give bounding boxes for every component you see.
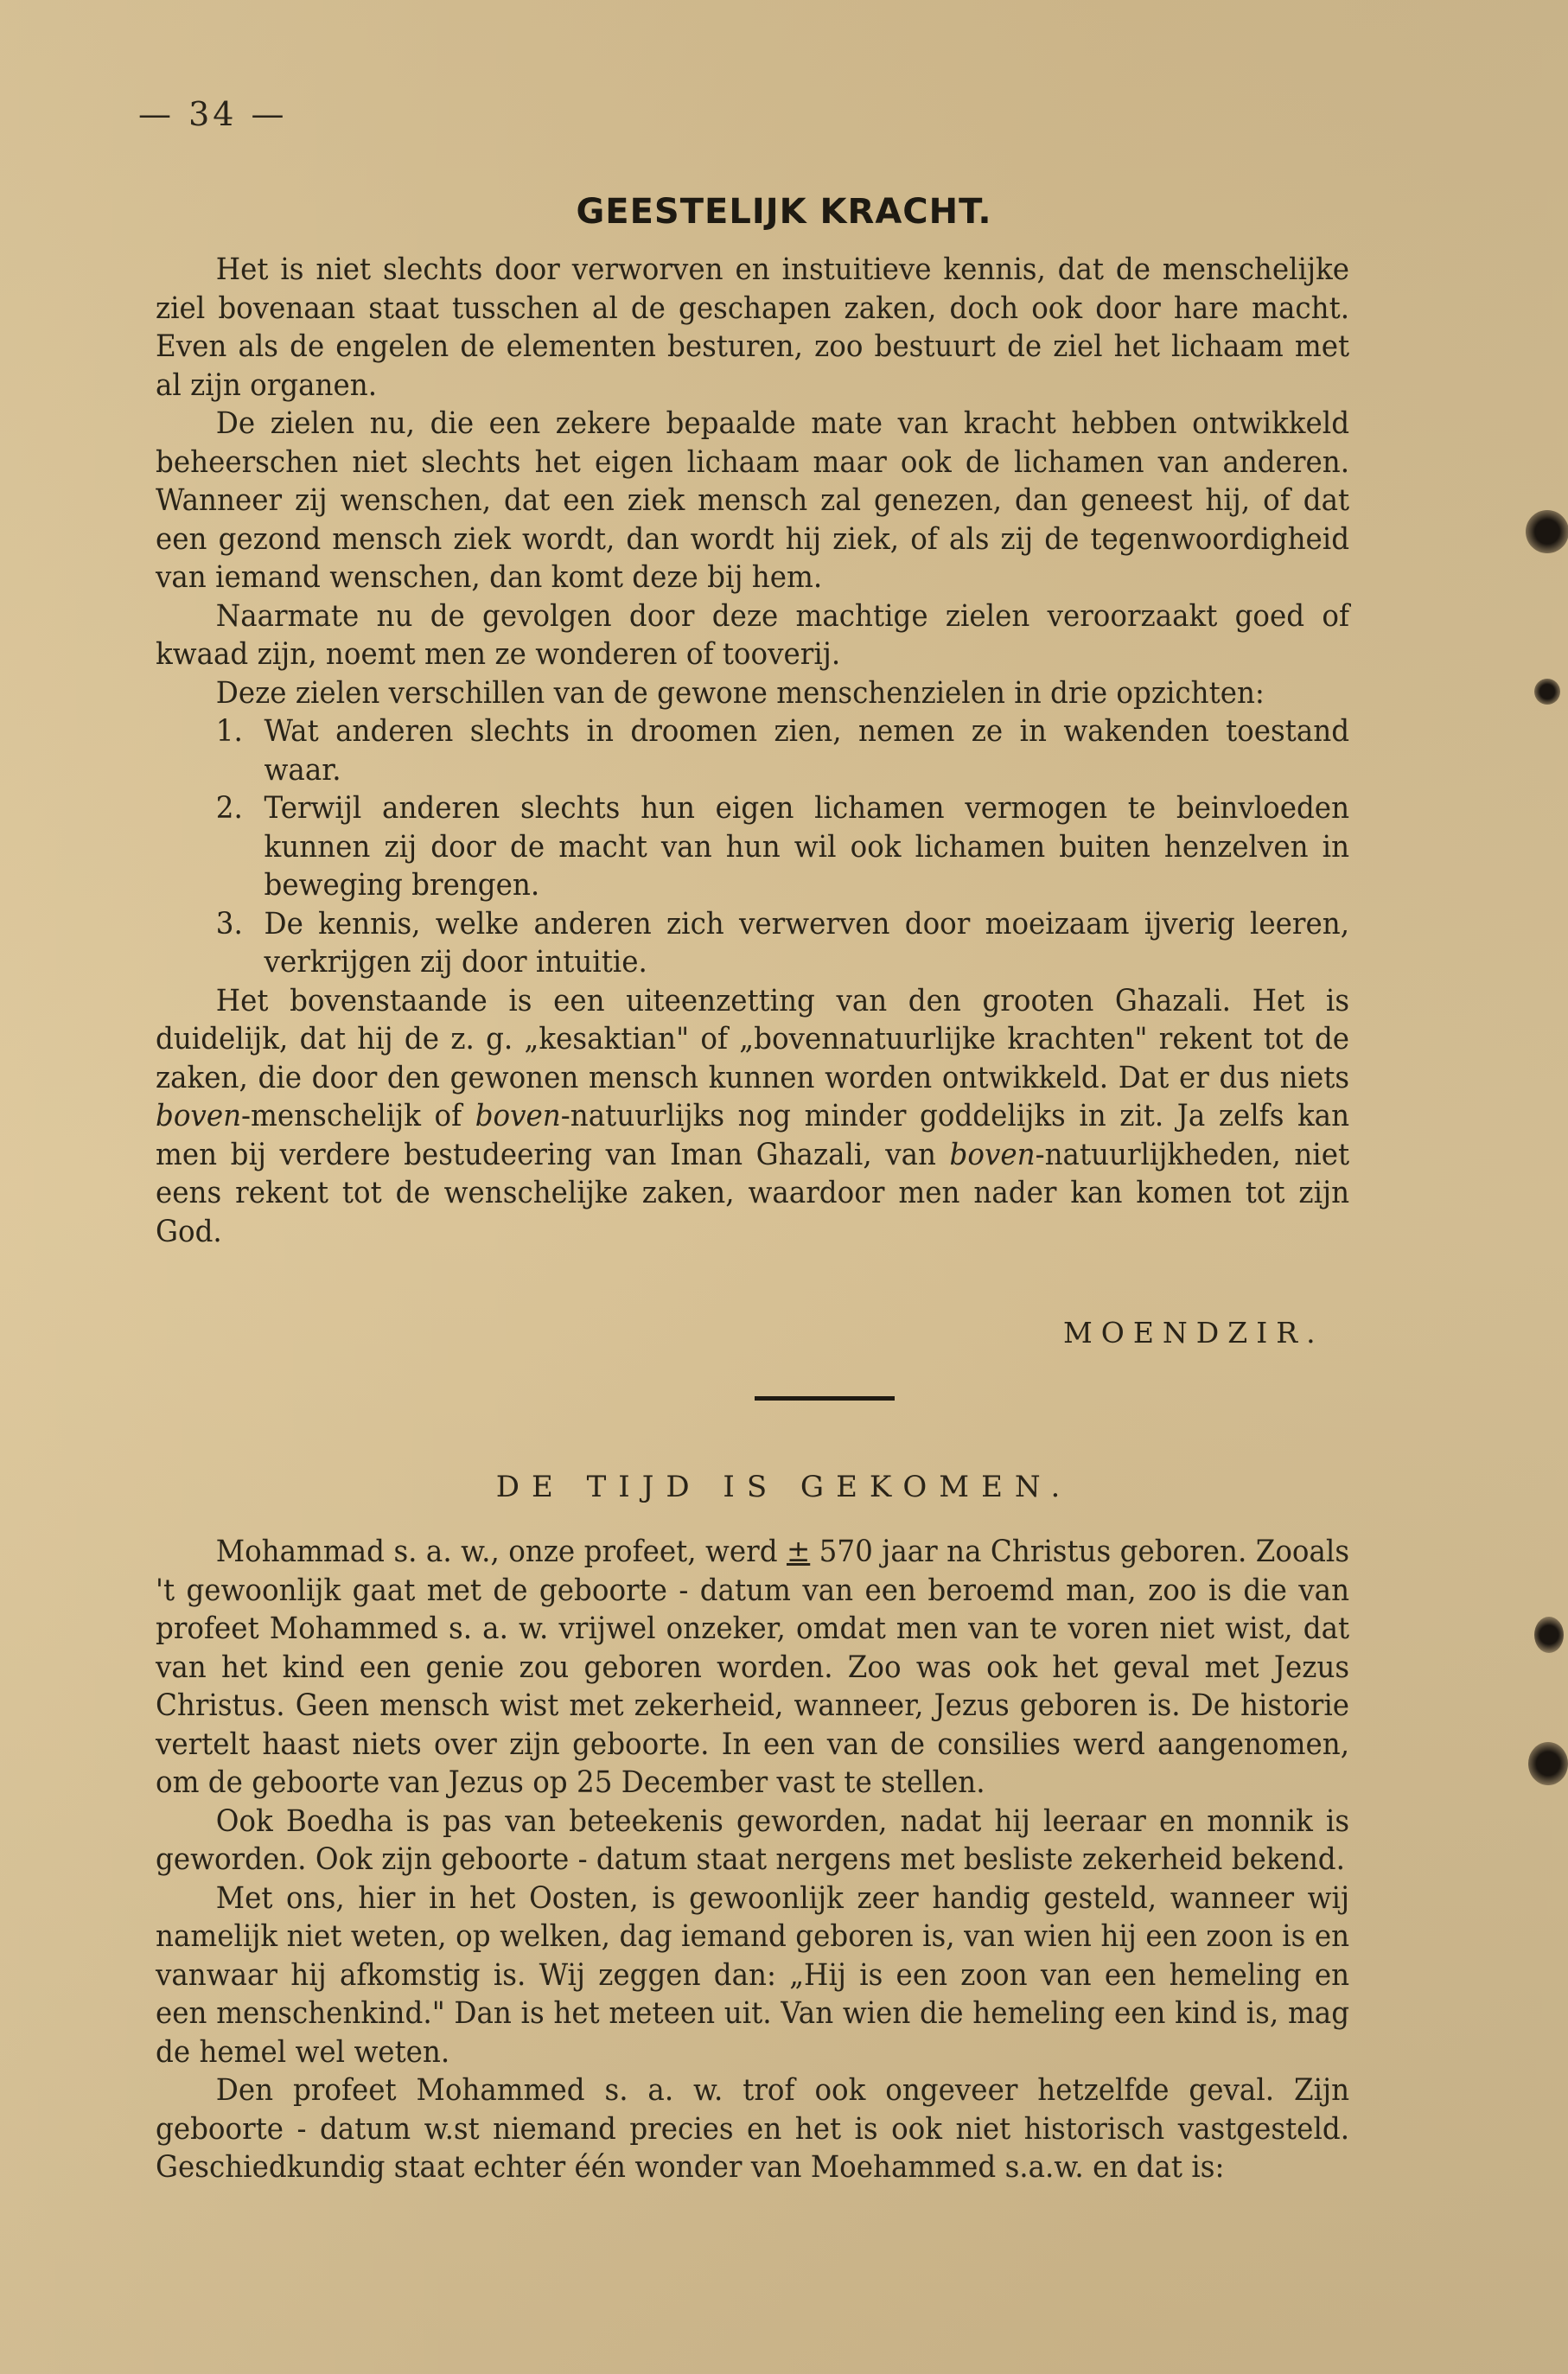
binding-hole-stain xyxy=(1534,679,1560,705)
paragraph: Deze zielen verschillen van de gewone me… xyxy=(156,674,1349,713)
paragraph-closing: Het bovenstaande is een uiteenzetting va… xyxy=(156,982,1349,1252)
text-run: -menschelijk of xyxy=(241,1099,475,1133)
signature: MOENDZIR. xyxy=(1063,1316,1324,1350)
list-text: Wat anderen slechts in droomen zien, nem… xyxy=(265,712,1350,789)
list-number: 3. xyxy=(156,905,265,982)
list-item: 1. Wat anderen slechts in droomen zien, … xyxy=(156,712,1349,789)
binding-hole-stain xyxy=(1534,1617,1564,1653)
list-number: 1. xyxy=(156,712,265,789)
text-run: Mohammad s. a. w., onze profeet, werd xyxy=(216,1535,787,1569)
paragraph: De zielen nu, die een zekere bepaalde ma… xyxy=(156,405,1349,597)
article-body-1: Het is niet slechts door verworven en in… xyxy=(156,251,1349,1251)
italic-text: boven xyxy=(156,1099,241,1133)
text-run: Het bovenstaande is een uiteenzetting va… xyxy=(156,984,1349,1095)
paragraph: Mohammad s. a. w., onze profeet, werd ± … xyxy=(156,1533,1349,1803)
text-run: 570 jaar na Christus geboren. Zooals 't … xyxy=(156,1535,1349,1800)
article-title-de-tijd-is-gekomen: DE TIJD IS GEKOMEN. xyxy=(0,1470,1568,1504)
italic-text: boven xyxy=(475,1099,561,1133)
page-number: — 34 — xyxy=(138,95,288,133)
section-divider xyxy=(755,1396,895,1401)
italic-text: boven xyxy=(950,1138,1036,1172)
paragraph: Het is niet slechts door verworven en in… xyxy=(156,251,1349,405)
list-number: 2. xyxy=(156,789,265,905)
article-body-2: Mohammad s. a. w., onze profeet, werd ± … xyxy=(156,1533,1349,2187)
paragraph: Met ons, hier in het Oosten, is gewoonli… xyxy=(156,1879,1349,2072)
article-title-geestelijk-kracht: GEESTELIJK KRACHT. xyxy=(0,192,1568,232)
paragraph: Den profeet Mohammed s. a. w. trof ook o… xyxy=(156,2071,1349,2187)
list-item: 3. De kennis, welke anderen zich verwerv… xyxy=(156,905,1349,982)
list-text: Terwijl anderen slechts hun eigen licham… xyxy=(265,789,1350,905)
plus-minus-symbol: ± xyxy=(787,1535,810,1569)
list-item: 2. Terwijl anderen slechts hun eigen lic… xyxy=(156,789,1349,905)
binding-hole-stain xyxy=(1528,1742,1568,1785)
scanned-page: — 34 — GEESTELIJK KRACHT. Het is niet sl… xyxy=(0,0,1568,2374)
list-text: De kennis, welke anderen zich verwerven … xyxy=(265,905,1350,982)
binding-hole-stain xyxy=(1526,510,1568,553)
paragraph: Ook Boedha is pas van beteekenis geworde… xyxy=(156,1803,1349,1879)
paragraph: Naarmate nu de gevolgen door deze machti… xyxy=(156,597,1349,674)
